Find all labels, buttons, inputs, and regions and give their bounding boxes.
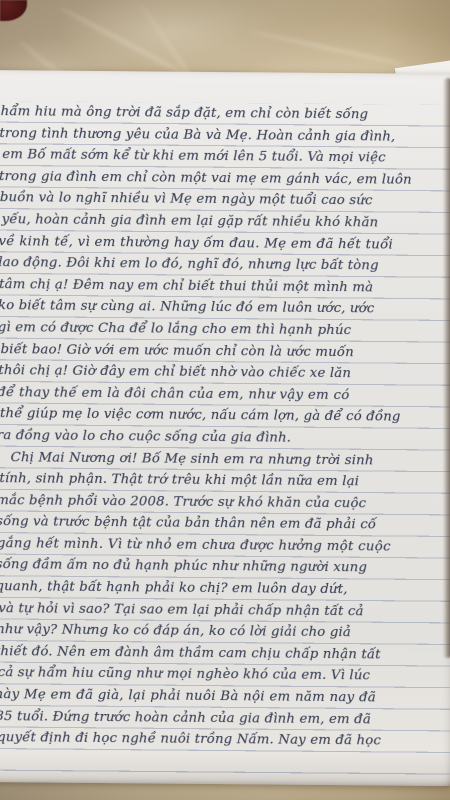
marble-vein xyxy=(249,30,406,66)
notebook-edge-shadow xyxy=(443,78,450,658)
red-corner-mark xyxy=(0,0,27,21)
photo-of-handwritten-letter: hẩm hiu mà ông trời đã sắp đặt, em chỉ c… xyxy=(0,0,450,800)
letter-paper: hẩm hiu mà ông trời đã sắp đặt, em chỉ c… xyxy=(0,70,450,786)
handwritten-text-block: hẩm hiu mà ông trời đã sắp đặt, em chỉ c… xyxy=(0,101,450,753)
handwritten-line: quyết định đi học nghề nuôi trồng Nấm. N… xyxy=(0,727,450,753)
marble-vein xyxy=(59,6,193,79)
